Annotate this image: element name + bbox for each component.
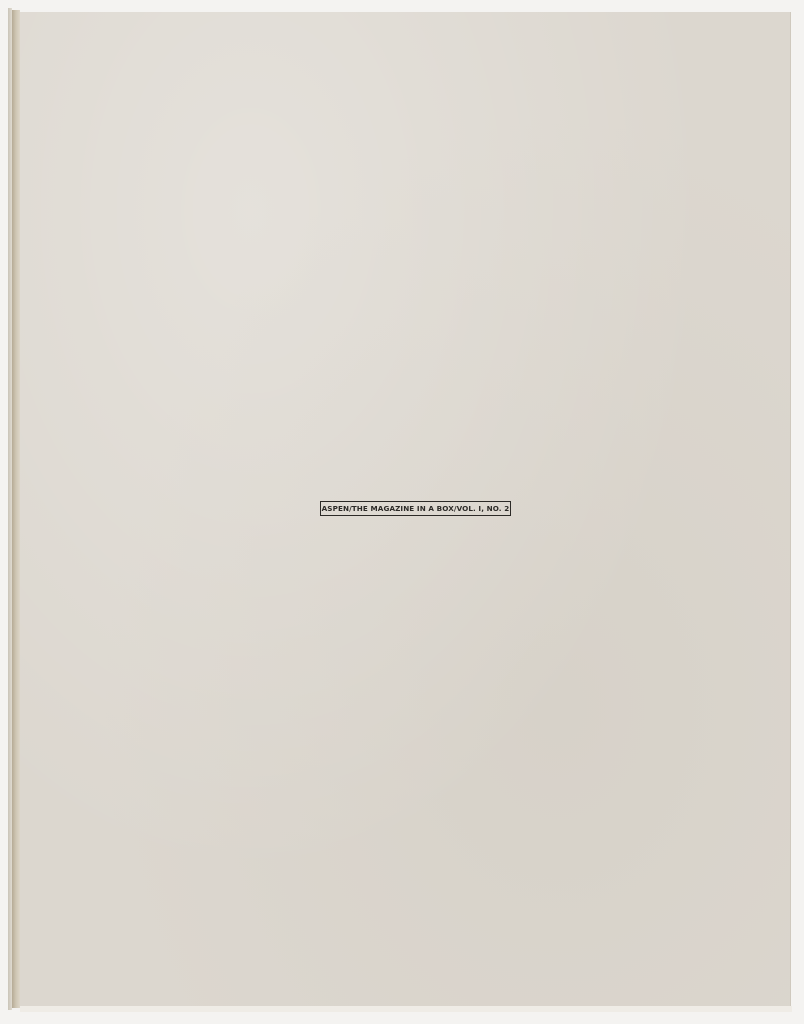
title-label: ASPEN/THE MAGAZINE IN A BOX/VOL. I, NO. … xyxy=(320,501,511,516)
box-spine xyxy=(12,10,20,1008)
box-bottom-edge xyxy=(20,1006,792,1012)
